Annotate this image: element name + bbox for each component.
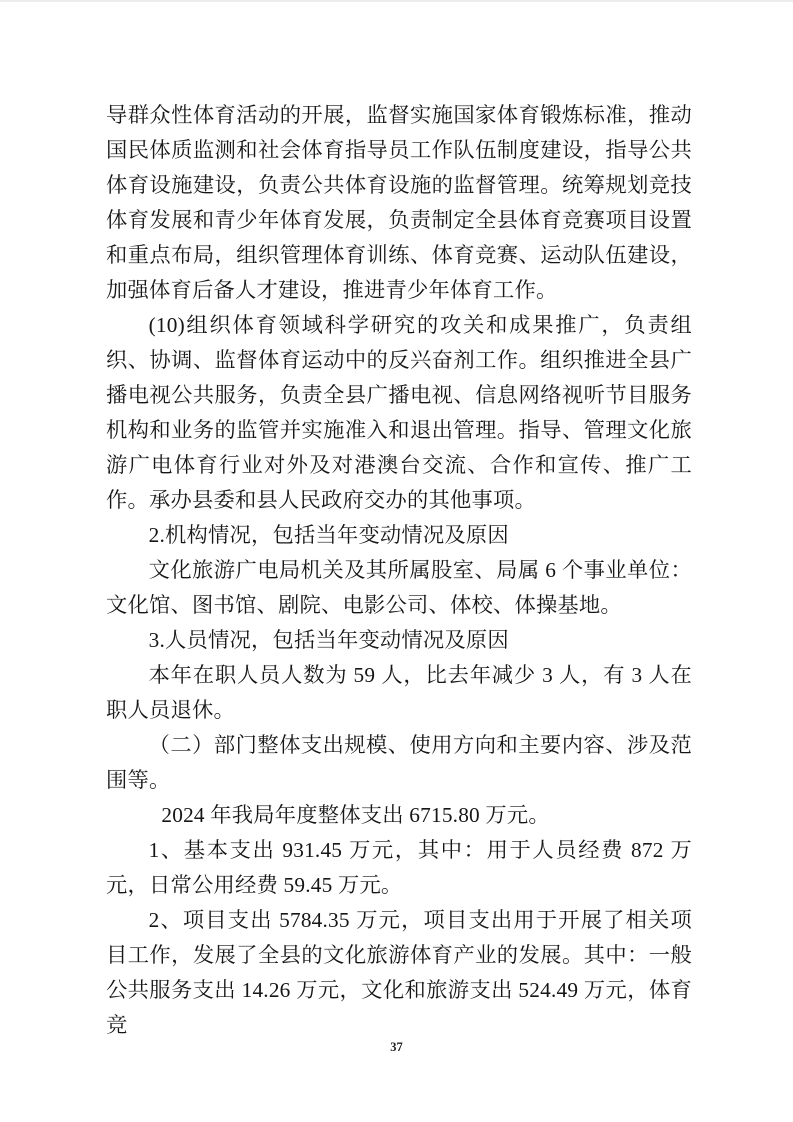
paragraph-heading-2-org: 2.机构情况，包括当年变动情况及原因 xyxy=(106,518,692,553)
paragraph-heading-section-2: （二）部门整体支出规模、使用方向和主要内容、涉及范围等。 xyxy=(106,728,692,798)
paragraph-org-units: 文化旅游广电局机关及其所属股室、局属 6 个事业单位：文化馆、图书馆、剧院、电影… xyxy=(106,553,692,623)
document-body: 导群众性体育活动的开展，监督实施国家体育锻炼标准，推动国民体质监测和社会体育指导… xyxy=(106,98,692,1043)
paragraph-personnel-count: 本年在职人员人数为 59 人，比去年减少 3 人，有 3 人在职人员退休。 xyxy=(106,658,692,728)
paragraph-item-10: (10)组织体育领域科学研究的攻关和成果推广，负责组织、协调、监督体育运动中的反… xyxy=(106,308,692,518)
paragraph-total-expenditure: 2024 年我局年度整体支出 6715.80 万元。 xyxy=(106,798,692,833)
document-page: 导群众性体育活动的开展，监督实施国家体育锻炼标准，推动国民体质监测和社会体育指导… xyxy=(0,0,793,1122)
paragraph-basic-expenditure: 1、基本支出 931.45 万元，其中：用于人员经费 872 万元，日常公用经费… xyxy=(106,833,692,903)
page-footer: 37 xyxy=(0,1038,793,1056)
page-number: 37 xyxy=(390,1040,403,1054)
paragraph-functions-continuation: 导群众性体育活动的开展，监督实施国家体育锻炼标准，推动国民体质监测和社会体育指导… xyxy=(106,98,692,308)
paragraph-project-expenditure: 2、项目支出 5784.35 万元，项目支出用于开展了相关项目工作，发展了全县的… xyxy=(106,903,692,1043)
paragraph-heading-3-personnel: 3.人员情况，包括当年变动情况及原因 xyxy=(106,623,692,658)
